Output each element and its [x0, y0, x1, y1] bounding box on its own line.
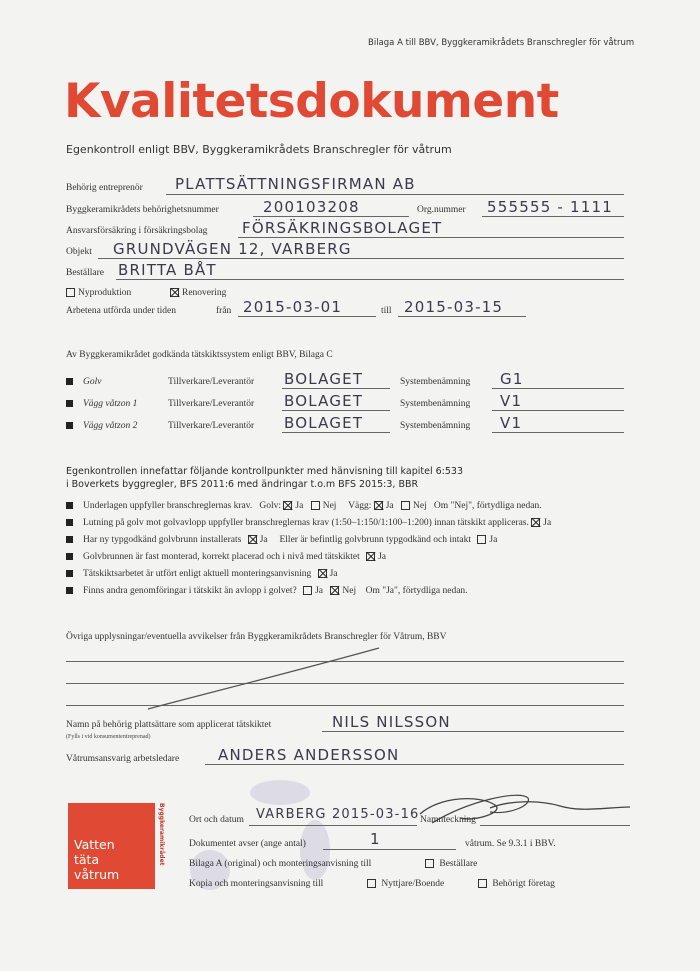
ort-label: Ort och datum [189, 815, 244, 825]
avser-label: Dokumentet avser (ange antal) [189, 839, 306, 849]
bilaga-label: Bilaga A (original) och monteringsanvisn… [189, 859, 371, 869]
bestallare-checkbox[interactable] [425, 859, 434, 868]
foretag-option[interactable]: Behörigt företag [478, 879, 555, 889]
signature-field[interactable] [480, 825, 630, 826]
plattsattare-label: Namn på behörig plattsättare som applice… [66, 720, 271, 730]
konsument-note: (Fylls i vid konsumententreprenad) [66, 734, 150, 740]
nyttjare-option[interactable]: Nyttjare/Boende [367, 879, 444, 889]
nyttjare-checkbox[interactable] [367, 879, 376, 888]
avser-suffix: våtrum. Se 9.3.1 i BBV. [465, 839, 556, 849]
vatten-tata-vatrum-logo: Vatten täta våtrum [68, 803, 155, 889]
bestallare-option[interactable]: Beställare [425, 859, 477, 869]
plattsattare-field[interactable]: NILS NILSSON [332, 713, 451, 731]
kopia-label: Kopia och monteringsanvisning till [189, 879, 323, 889]
namnteckning-label: Namnteckning [420, 815, 476, 825]
arbetsledare-label: Våtrumsansvarig arbetsledare [66, 754, 179, 764]
byggkeramikradet-logo-text: Byggkeramikrådet [156, 803, 166, 889]
foretag-checkbox[interactable] [478, 879, 487, 888]
avser-field[interactable]: 1 [370, 830, 381, 848]
ort-datum-field[interactable]: VARBERG 2015-03-16 [256, 807, 420, 822]
arbetsledare-field[interactable]: ANDERS ANDERSSON [218, 746, 399, 764]
